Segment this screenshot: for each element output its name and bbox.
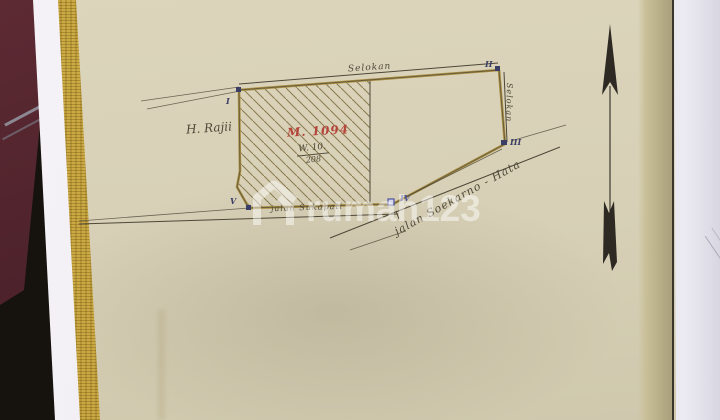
corner-label-v: V [230, 197, 236, 205]
corner-marker-ii [495, 66, 500, 71]
ditch-right-label: Selokan [504, 83, 513, 122]
corner-marker-iii [501, 140, 507, 145]
corner-marker-v [246, 205, 251, 210]
parcel-number-label: M. 1094 [287, 123, 350, 138]
corner-label-iii: III [510, 138, 521, 146]
corner-label-i: I [226, 97, 230, 105]
house-icon [252, 181, 298, 225]
corner-marker-i [236, 87, 241, 92]
neighbor-name-label: H. Rajii [186, 120, 233, 135]
north-arrow-icon [602, 24, 618, 271]
registration-fraction: W. 10. 208 [296, 142, 330, 165]
corner-label-ii: II [485, 60, 492, 68]
watermark: rumah123 [252, 181, 481, 227]
watermark-text: rumah123 [306, 190, 481, 227]
